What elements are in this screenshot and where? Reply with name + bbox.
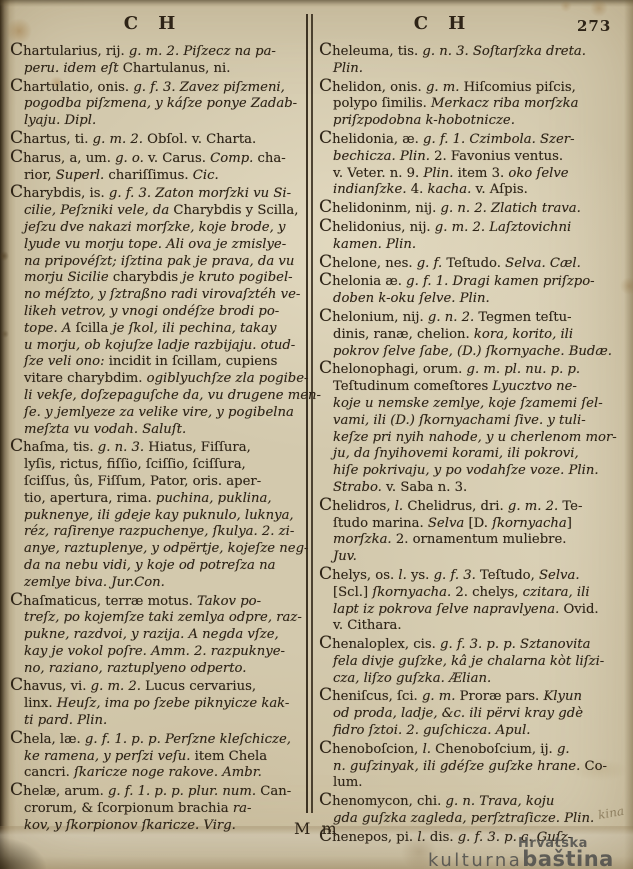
entry-line: jeſzu dve nakazi morſzke, koje brode, y xyxy=(10,220,306,237)
dictionary-entry: Chartulatio, onis. g. f. 3. Zavez piſzme… xyxy=(10,78,306,130)
entry-line: no, raziano, raztuplyeno odperto. xyxy=(10,661,306,678)
entry-line: ſe. y jemlyeze za velike vire, y pogibel… xyxy=(10,405,306,422)
entry-line: cilie, Peſzniki vele, da Charybdis y Sci… xyxy=(10,203,306,220)
entry-headword-line: Charus, a, um. g. o. v. Carus. Comp. cha… xyxy=(10,149,306,168)
entry-headword-line: Chelonium, nij. g. n. 2. Tegmen teſtu- xyxy=(319,308,629,327)
entry-line: fela divje guſzke, kâ je chalarna kòt li… xyxy=(319,654,629,671)
dictionary-entry: Charus, a, um. g. o. v. Carus. Comp. cha… xyxy=(10,149,306,185)
dictionary-entry: Chaſmaticus, terræ motus. Takov po-treſz… xyxy=(10,592,306,678)
entry-headword-line: Chelæ, arum. g. f. 1. p. p. plur. num. C… xyxy=(10,782,306,801)
entry-headword-line: Cheniſcus, ſci. g. m. Proræ pars. Klyun xyxy=(319,687,629,706)
dictionary-entry: Chelonophagi, orum. g. m. pl. nu. p. p.T… xyxy=(319,360,629,496)
entry-line: no méſzto, y ſztraßno radi virovaſztéh v… xyxy=(10,287,306,304)
right-column: Cheleuma, tis. g. n. 3. Soſtarſzka dreta… xyxy=(319,42,629,847)
watermark: Hrvatska kulturna baština xyxy=(428,837,633,869)
entry-headword-line: Chelidoninm, nij. g. n. 2. Zlatich trava… xyxy=(319,199,629,218)
entry-line: keſze pri nyih nahode, y u cherlenom mor… xyxy=(319,430,629,447)
dictionary-entry: Chartus, ti. g. m. 2. Obſol. v. Charta. xyxy=(10,130,306,149)
entry-headword-line: Chelys, os. l. ys. g. f. 3. Teſtudo, Sel… xyxy=(319,566,629,585)
watermark-line2-regular: kulturna xyxy=(428,852,522,869)
dictionary-entry: Chela, læ. g. f. 1. p. p. Perſzne kleſch… xyxy=(10,730,306,782)
entry-line: Juv. xyxy=(319,549,629,566)
entry-line: lyſis, rictus, fiſſio, ſciſſio, ſciſſura… xyxy=(10,457,306,474)
entry-headword-line: Chelonophagi, orum. g. m. pl. nu. p. p. xyxy=(319,360,629,379)
entry-line: pokrov ſelve ſabe, (D.) ſkornyache. Budæ… xyxy=(319,344,629,361)
entry-line: fidro ſztoi. 2. guſchicza. Apul. xyxy=(319,723,629,740)
entry-line: cza, liſzo guſzka. Ælian. xyxy=(319,671,629,688)
dictionary-entry: Chartularius, rij. g. m. 2. Piſzecz na p… xyxy=(10,42,306,78)
entry-line: indianſzke. 4. kacha. v. Aſpis. xyxy=(319,182,629,199)
running-head-right: C H xyxy=(318,13,568,34)
dictionary-entry: Cheleuma, tis. g. n. 3. Soſtarſzka dreta… xyxy=(319,42,629,78)
entry-line: rior, Superl. chariſſimus. Cic. xyxy=(10,168,306,185)
entry-line: ſciſſus, ûs, Fiſſum, Pator, oris. aper- xyxy=(10,474,306,491)
entry-line: likeh vetrov, y vnogi ondéſze brodi po- xyxy=(10,304,306,321)
left-column: Chartularius, rij. g. m. 2. Piſzecz na p… xyxy=(10,42,306,835)
entry-line: ſtudo marina. Selva [D. ſkornyacha] xyxy=(319,516,629,533)
entry-line: ke ramena, y perſzi veſu. item Chela xyxy=(10,749,306,766)
entry-line: gda guſzka zagleda, perſztraſicze. Plin. xyxy=(319,811,629,828)
entry-line: vitare charybdim. ogiblyuchſze zla pogib… xyxy=(10,371,306,388)
entry-headword-line: Chenomycon, chi. g. n. Trava, koju xyxy=(319,792,629,811)
entry-headword-line: Chavus, vi. g. m. 2. Lucus cervarius, xyxy=(10,677,306,696)
dictionary-entry: Chelys, os. l. ys. g. f. 3. Teſtudo, Sel… xyxy=(319,566,629,635)
entry-line: tio, apertura, rima. puchina, puklina, xyxy=(10,491,306,508)
dictionary-entry: Chelidonius, nij. g. m. 2. Laſztovichnik… xyxy=(319,218,629,254)
entry-line: zemlye biva. Jur.Con. xyxy=(10,575,306,592)
dictionary-entry: Charybdis, is. g. f. 3. Zaton morſzki vu… xyxy=(10,184,306,438)
entry-headword-line: Chelidon, onis. g. m. Hiſcomius piſcis, xyxy=(319,78,629,97)
dictionary-entry: Chelidonia, æ. g. f. 1. Czimbola. Szer-b… xyxy=(319,130,629,199)
entry-line: treſz, po kojemſze taki zemlya odpre, ra… xyxy=(10,610,306,627)
entry-line: cancri. ſkaricze noge rakove. Ambr. xyxy=(10,765,306,782)
entry-line: morju Sicilie charybdis je kruto pogibel… xyxy=(10,270,306,287)
entry-line: pukne, razdvoi, y razija. A negda vſze, xyxy=(10,627,306,644)
entry-headword-line: Chelone, nes. g. f. Teſtudo. Selva. Cæl. xyxy=(319,254,629,273)
entry-line: ju, da ſnyihovemi korami, ili pokrovi, xyxy=(319,446,629,463)
entry-line: n. guſzinyak, ili gdéſze guſzke hrane. C… xyxy=(319,759,629,776)
entry-headword-line: Chelidonia, æ. g. f. 1. Czimbola. Szer- xyxy=(319,130,629,149)
column-divider-rule xyxy=(306,14,313,813)
entry-headword-line: Chelidros, l. Chelidrus, dri. g. m. 2. T… xyxy=(319,497,629,516)
dictionary-entry: Cheniſcus, ſci. g. m. Proræ pars. Klyuno… xyxy=(319,687,629,739)
dictionary-entry: Chelone, nes. g. f. Teſtudo. Selva. Cæl. xyxy=(319,254,629,273)
dictionary-entry: Chelidon, onis. g. m. Hiſcomius piſcis,p… xyxy=(319,78,629,130)
entry-line: doben k-oku ſelve. Plin. xyxy=(319,291,629,308)
entry-line: tope. A ſcilla je ſkol, ili pechina, tak… xyxy=(10,321,306,338)
entry-line: koje u nemske zemlye, koje ſzamemi ſel- xyxy=(319,396,629,413)
entry-line: Teſtudinum comeſtores Lyucztvo ne- xyxy=(319,379,629,396)
entry-headword-line: Chartularius, rij. g. m. 2. Piſzecz na p… xyxy=(10,42,306,61)
entry-line: hiſe pokrivaju, y po vodahſze voze. Plin… xyxy=(319,463,629,480)
dictionary-entry: Chenoboſcion, l. Chenoboſcium, ij. g.n. … xyxy=(319,740,629,792)
entry-line: lyude vu morju tope. Ali ova je zmislye- xyxy=(10,237,306,254)
book-page-scan: C H C H 273 Chartularius, rij. g. m. 2. … xyxy=(0,0,633,869)
running-head-left: C H xyxy=(0,13,306,34)
entry-line: priſzpodobna k-hobotnicze. xyxy=(319,113,629,130)
entry-headword-line: Chaſma, tis. g. n. 3. Hiatus, Fiſſura, xyxy=(10,438,306,457)
entry-line: pogodba piſzmena, y káſze ponye Zadab- xyxy=(10,96,306,113)
entry-headword-line: Charybdis, is. g. f. 3. Zaton morſzki vu… xyxy=(10,184,306,203)
entry-line: meſzta vu vodah. Saluſt. xyxy=(10,422,306,439)
page-number: 273 xyxy=(577,17,611,35)
entry-line: v. Cithara. xyxy=(319,618,629,635)
page-top-edge xyxy=(0,0,633,7)
entry-line: [Scl.] ſkornyacha. 2. chelys, czitara, i… xyxy=(319,585,629,602)
page-corner-shadow xyxy=(0,838,46,869)
entry-line: u morju, ob kojuſze ladje razbijaju. otu… xyxy=(10,338,306,355)
entry-line: crorum, & ſcorpionum brachia ra- xyxy=(10,801,306,818)
entry-line: réz, raſirenye razpuchenye, ſkulya. 2. z… xyxy=(10,524,306,541)
entry-line: Plin. xyxy=(319,61,629,78)
entry-headword-line: Chenoboſcion, l. Chenoboſcium, ij. g. xyxy=(319,740,629,759)
entry-headword-line: Chartulatio, onis. g. f. 3. Zavez piſzme… xyxy=(10,78,306,97)
entry-line: v. Veter. n. 9. Plin. item 3. oko ſelve xyxy=(319,166,629,183)
entry-line: na pripovéſzt; iſztina pak je prava, da … xyxy=(10,254,306,271)
dictionary-entry: Chavus, vi. g. m. 2. Lucus cervarius,lin… xyxy=(10,677,306,729)
signature-mark: M m xyxy=(294,819,340,838)
entry-line: kov, y ſkorpionov ſkaricze. Virg. xyxy=(10,818,306,835)
entry-line: ti pard. Plin. xyxy=(10,713,306,730)
dictionary-entry: Chelidoninm, nij. g. n. 2. Zlatich trava… xyxy=(319,199,629,218)
entry-line: polypo ſimilis. Merkacz riba morſzka xyxy=(319,96,629,113)
entry-line: puknenye, ili gdeje kay puknulo, luknya, xyxy=(10,508,306,525)
entry-line: morſzka. 2. ornamentum muliebre. xyxy=(319,532,629,549)
entry-line: anye, raztuplenye, y odpërtje, kojeſze n… xyxy=(10,541,306,558)
dictionary-entry: Chelidros, l. Chelidrus, dri. g. m. 2. T… xyxy=(319,497,629,566)
dictionary-entry: Chenomycon, chi. g. n. Trava, kojugda gu… xyxy=(319,792,629,828)
entry-line: vami, ili (D.) ſkornyachami ſive. y tuli… xyxy=(319,413,629,430)
entry-line: kamen. Plin. xyxy=(319,237,629,254)
entry-line: lapt iz pokrova ſelve napravlyena. Ovid. xyxy=(319,602,629,619)
dictionary-entry: Chelonia æ. g. f. 1. Dragi kamen priſzpo… xyxy=(319,272,629,308)
entry-line: kay je vokol poſre. Amm. 2. razpuknye- xyxy=(10,644,306,661)
dictionary-entry: Chaſma, tis. g. n. 3. Hiatus, Fiſſura,ly… xyxy=(10,438,306,591)
entry-line: ſze veli ono: incidit in ſcillam, cupien… xyxy=(10,354,306,371)
entry-headword-line: Chenaloplex, cis. g. f. 3. p. p. Sztanov… xyxy=(319,635,629,654)
entry-headword-line: Cheleuma, tis. g. n. 3. Soſtarſzka dreta… xyxy=(319,42,629,61)
dictionary-entry: Chelæ, arum. g. f. 1. p. p. plur. num. C… xyxy=(10,782,306,834)
dictionary-entry: Chelonium, nij. g. n. 2. Tegmen teſtu-di… xyxy=(319,308,629,360)
entry-line: bechicza. Plin. 2. Favonius ventus. xyxy=(319,149,629,166)
entry-line: lyaju. Dipl. xyxy=(10,113,306,130)
entry-line: dinis, ranæ, chelion. kora, korito, ili xyxy=(319,327,629,344)
watermark-line2: kulturna baština xyxy=(428,849,633,869)
entry-line: da na nebu vidi, y koje od potreſza na xyxy=(10,558,306,575)
entry-headword-line: Chelonia æ. g. f. 1. Dragi kamen priſzpo… xyxy=(319,272,629,291)
watermark-line2-bold: baština xyxy=(522,849,614,869)
entry-headword-line: Chartus, ti. g. m. 2. Obſol. v. Charta. xyxy=(10,130,306,149)
entry-headword-line: Chelidonius, nij. g. m. 2. Laſztovichni xyxy=(319,218,629,237)
entry-line: peru. idem eſt Chartulanus, ni. xyxy=(10,61,306,78)
entry-line: li vekſe, doſzepaguſche da, vu drugene m… xyxy=(10,388,306,405)
entry-headword-line: Chela, læ. g. f. 1. p. p. Perſzne kleſch… xyxy=(10,730,306,749)
entry-line: linx. Heuſz, ima po ſzebe piknyicze kak- xyxy=(10,696,306,713)
entry-headword-line: Chaſmaticus, terræ motus. Takov po- xyxy=(10,592,306,611)
entry-line: lum. xyxy=(319,775,629,792)
dictionary-entry: Chenaloplex, cis. g. f. 3. p. p. Sztanov… xyxy=(319,635,629,687)
entry-line: od proda, ladje, &c. ili përvi kray gdè xyxy=(319,706,629,723)
entry-line: Strabo. v. Saba n. 3. xyxy=(319,480,629,497)
